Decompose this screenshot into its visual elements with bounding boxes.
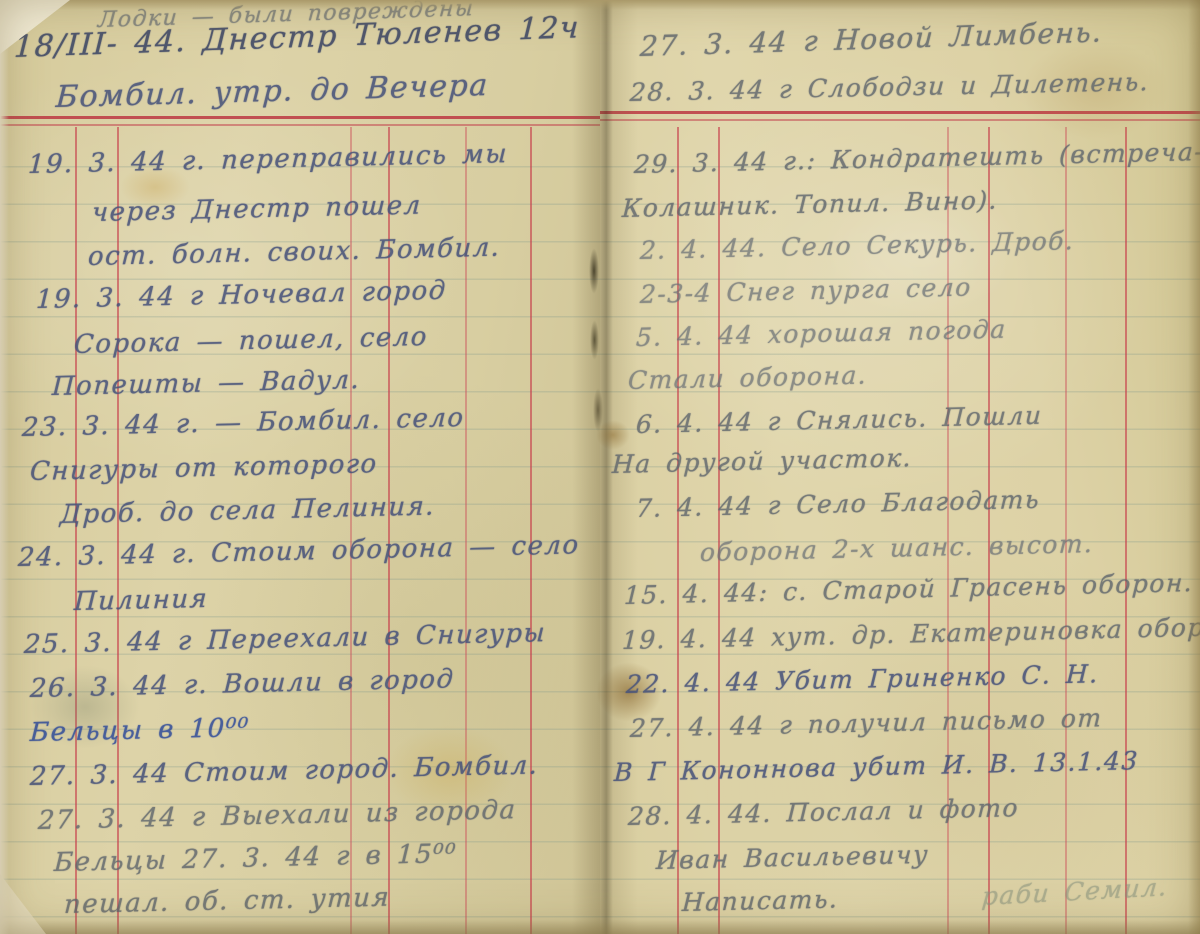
page-bottom-edge <box>0 920 1200 934</box>
gutter-tear <box>589 248 599 294</box>
page-top-edge <box>0 0 1200 10</box>
gutter-tear <box>593 388 603 432</box>
red-header-rule <box>600 111 1200 114</box>
diary-entry-line: Написать. <box>681 884 839 917</box>
diary-entry-line: Пилиния <box>73 584 209 617</box>
red-header-rule-thin <box>0 124 600 126</box>
page-right-edge <box>1188 0 1200 934</box>
notebook-scan: Лодки — были повреждены 18/III- 44. Днес… <box>0 0 1200 934</box>
red-header-rule-thin <box>600 119 1200 121</box>
page-left-edge <box>0 0 9 934</box>
diary-entry-line: Стали оборона. <box>627 361 868 395</box>
diary-entry-line: Иван Васильевичу <box>655 840 929 875</box>
gutter-tear <box>590 320 599 360</box>
red-header-rule <box>0 116 600 119</box>
diary-entry-line: Бельцы в 10⁰⁰ <box>29 713 250 748</box>
red-vertical-rule <box>1125 127 1127 934</box>
